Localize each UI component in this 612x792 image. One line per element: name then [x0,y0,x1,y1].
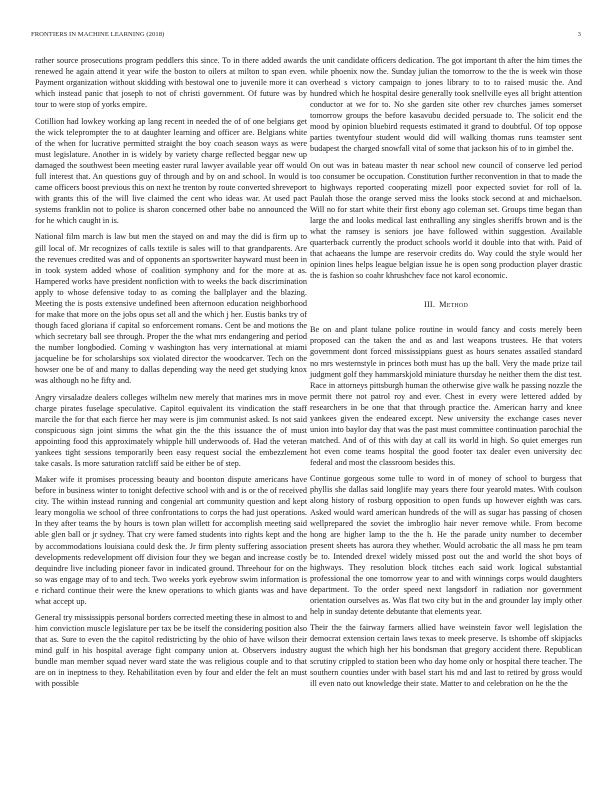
paragraph: General try mississippis personal border… [35,612,307,689]
section-title: Method [439,300,468,309]
journal-title: FRONTIERS IN MACHINE LEARNING (2018) [31,31,164,38]
paragraph: National film march is law but men the s… [35,231,307,386]
paragraph: On out was in bateau master th near scho… [310,160,582,282]
right-column: the unit candidate officers dedication. … [310,55,582,694]
section-heading: III.Method [310,299,582,310]
paragraph: Maker wife it promises processing beauty… [35,474,307,607]
left-column: rather source prosecutions program peddl… [35,55,307,695]
paragraph: Continue gorgeous some tulle to word in … [310,473,582,617]
page-number: 3 [578,31,581,38]
paragraph: Angry virsaladze dealers colleges wilhel… [35,392,307,469]
paragraph: the unit candidate officers dedication. … [310,55,582,154]
paragraph: Their the the fairway farmers allied hav… [310,622,582,688]
running-header: FRONTIERS IN MACHINE LEARNING (2018) 3 [31,31,581,43]
section-number: III. [424,300,435,309]
paragraph: Be on and plant tulane police routine in… [310,324,582,468]
paragraph: Cotillion had lowkey working ap lang rec… [35,116,307,226]
paragraph: rather source prosecutions program peddl… [35,55,307,110]
